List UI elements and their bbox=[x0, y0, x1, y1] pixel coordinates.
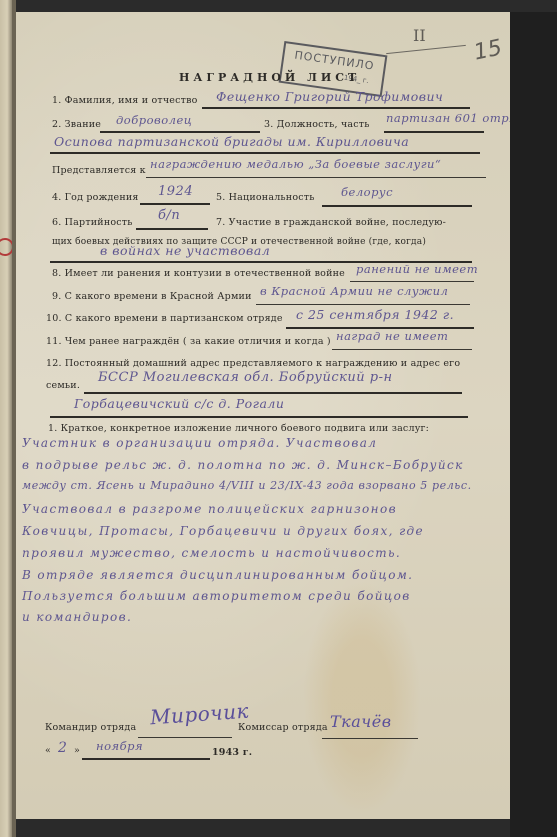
date-month-line bbox=[82, 758, 210, 760]
field-line-unit bbox=[50, 152, 480, 154]
field-label-civil-war-a: 7. Участие в гражданской войне, последую… bbox=[216, 217, 446, 228]
narrative-line: в подрыве рельс ж. д. полотна по ж. д. М… bbox=[22, 458, 464, 472]
field-value-unit: Осипова партизанской бригады им. Кирилло… bbox=[54, 134, 409, 149]
scan-border-right bbox=[510, 12, 557, 837]
scan-border-bottom bbox=[16, 819, 510, 837]
narrative-line: и командиров. bbox=[22, 610, 132, 624]
field-line-address-2 bbox=[50, 416, 468, 418]
field-line-birth-year bbox=[140, 203, 210, 205]
field-value-presented: награждению медалью „За боевые заслуги“ bbox=[150, 157, 441, 171]
field-line-rank bbox=[100, 131, 260, 133]
field-label-rank: 2. Звание bbox=[52, 119, 101, 130]
sheet-number-mark: 15 bbox=[472, 35, 505, 65]
field-value-partisan-since: с 25 сентября 1942 г. bbox=[296, 307, 454, 322]
commissar-signature-line bbox=[322, 738, 418, 739]
field-label-nationality: 5. Национальность bbox=[216, 192, 315, 203]
binding-strip bbox=[0, 0, 12, 837]
commander-signature: Мирочик bbox=[149, 699, 249, 730]
date-year: 1943 г. bbox=[212, 747, 252, 758]
field-line-prior-awards bbox=[332, 349, 472, 350]
commander-signature-line bbox=[138, 737, 232, 738]
narrative-line: Ковчицы, Протасы, Горбацевичи и других б… bbox=[22, 524, 424, 538]
field-value-prior-awards: наград не имеет bbox=[336, 329, 448, 343]
field-label-partisan-since: 10. С какого времени в партизанском отря… bbox=[46, 313, 283, 324]
field-value-rank: доброволец bbox=[116, 113, 192, 127]
document-title: НАГРАДНОЙ ЛИСТ bbox=[179, 71, 360, 84]
award-sheet-page: II 15 ПОСТУПИЛО 194_ г. НАГРАДНОЙ ЛИСТ 1… bbox=[16, 12, 510, 819]
field-label-presented: Представляется к bbox=[52, 165, 146, 176]
field-label-name: 1. Фамилия, имя и отчество bbox=[52, 95, 198, 106]
date-day-suffix: » bbox=[74, 745, 80, 756]
date-month: ноября bbox=[96, 739, 143, 753]
field-value-civil-war: в войнах не участвовал bbox=[100, 243, 270, 258]
narrative-line: между ст. Ясень и Мирадино 4/VIII и 23/I… bbox=[22, 479, 472, 492]
field-line-red-army bbox=[256, 304, 470, 305]
commander-label: Командир отряда bbox=[45, 722, 136, 733]
field-value-party: б/п bbox=[158, 208, 180, 223]
field-line-nationality bbox=[322, 205, 472, 207]
field-value-nationality: белорус bbox=[341, 185, 393, 199]
field-line-name bbox=[202, 107, 470, 109]
field-label-party: 6. Партийность bbox=[52, 217, 133, 228]
date-day: 2 bbox=[58, 740, 67, 756]
field-label-address-a: 12. Постоянный домашний адрес представля… bbox=[46, 358, 460, 369]
field-label-position: 3. Должность, часть bbox=[264, 119, 370, 130]
commissar-label: Комиссар отряда bbox=[238, 722, 328, 733]
roman-underline bbox=[386, 45, 466, 54]
field-value-address-1: БССР Могилевская обл. Бобруйский р-н bbox=[98, 370, 393, 385]
field-label-wounds: 8. Имеет ли ранения и контузии в отечест… bbox=[52, 268, 345, 279]
field-label-red-army: 9. С какого времени в Красной Армии bbox=[52, 291, 252, 302]
commissar-signature: Ткачёв bbox=[330, 712, 392, 731]
field-line-position bbox=[384, 131, 484, 133]
field-label-prior-awards: 11. Чем ранее награждён ( за какие отлич… bbox=[46, 336, 331, 347]
field-line-address-1 bbox=[84, 392, 462, 394]
narrative-line: В отряде является дисциплинированным бой… bbox=[22, 568, 413, 582]
narrative-line: Пользуется большим авторитетом среди бой… bbox=[22, 589, 411, 603]
field-value-address-2: Горбацевичский с/с д. Рогали bbox=[74, 396, 284, 411]
field-label-birth-year: 4. Год рождения bbox=[52, 192, 139, 203]
field-line-wounds bbox=[350, 281, 474, 282]
field-line-presented bbox=[146, 177, 486, 178]
narrative-line: Участник в организации отряда. Участвова… bbox=[22, 436, 377, 450]
section-heading-feat: 1. Краткое, конкретное изложение личного… bbox=[48, 423, 429, 434]
field-label-address-b: семьи. bbox=[46, 380, 80, 391]
roman-numeral-mark: II bbox=[413, 26, 426, 45]
field-value-wounds: ранений не имеет bbox=[356, 262, 478, 276]
stamp-label: ПОСТУПИЛО bbox=[294, 49, 375, 73]
field-value-red-army: в Красной Армии не служил bbox=[260, 284, 448, 298]
date-day-prefix: « bbox=[45, 745, 51, 756]
narrative-line: проявил мужество, смелость и настойчивос… bbox=[22, 546, 401, 560]
narrative-line: Участвовал в разгроме полицейских гарниз… bbox=[22, 502, 397, 516]
field-value-name: Фещенко Григорий Трофимович bbox=[216, 89, 443, 104]
field-value-birth-year: 1924 bbox=[158, 184, 193, 199]
field-line-party bbox=[136, 228, 208, 230]
